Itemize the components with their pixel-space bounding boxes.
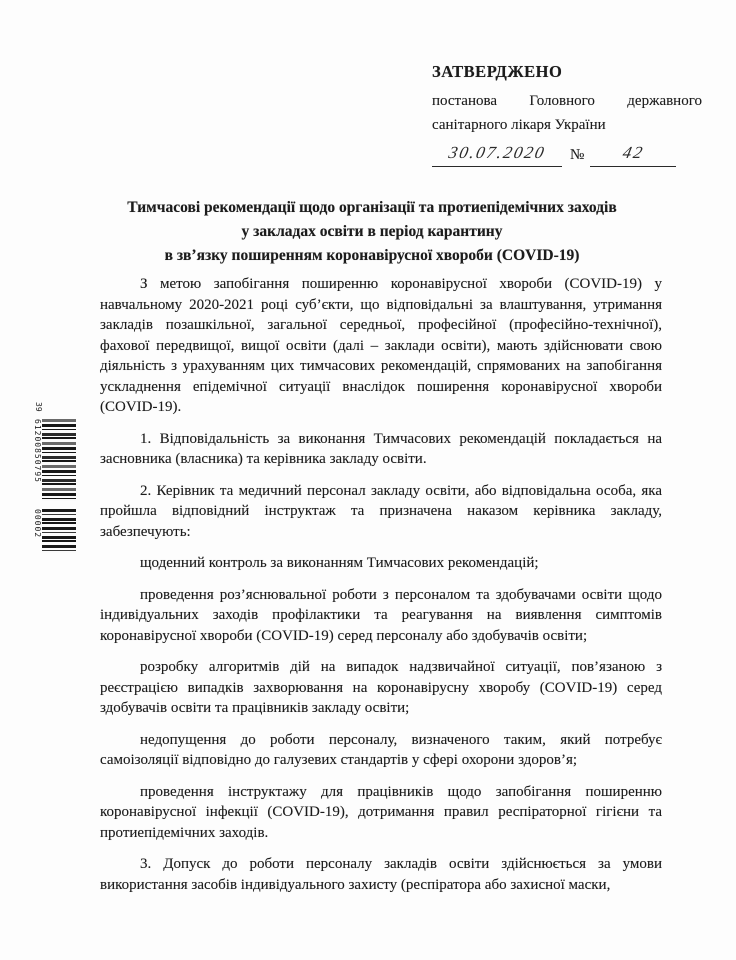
barcode-secondary-digits: 00002 xyxy=(33,509,42,553)
barcode-main-group: 61200850795 xyxy=(33,419,79,501)
paragraph-subitem-briefing: проведення інструктажу для працівників щ… xyxy=(100,782,662,844)
authority-line-1: постанова Головного державного xyxy=(432,89,702,113)
document-body: З метою запобігання поширенню коронавіру… xyxy=(100,274,662,906)
barcode-top-caption: 39 xyxy=(34,402,43,416)
handwritten-date-text: 30.07.2020 xyxy=(446,141,548,165)
handwritten-number-text: 42 xyxy=(620,141,646,165)
handwritten-date: 30.07.2020 xyxy=(432,141,562,167)
registration-barcode: 39 61200850795 00002 xyxy=(33,402,79,553)
date-and-number-line: 30.07.2020 № 42 xyxy=(432,141,702,167)
barcode-bars-icon xyxy=(42,419,76,501)
paragraph-subitem-outreach: проведення роз’яснювальної роботи з перс… xyxy=(100,585,662,647)
barcode-main-digits: 61200850795 xyxy=(33,419,42,501)
document-page: 39 61200850795 00002 ЗАТВЕРДЖЕНО постано… xyxy=(0,0,736,960)
paragraph-subitem-algorithms: розробку алгоритмів дій на випадок надзв… xyxy=(100,657,662,719)
paragraph-item-1: 1. Відповідальність за виконання Тимчасо… xyxy=(100,429,662,470)
approved-label: ЗАТВЕРДЖЕНО xyxy=(432,60,702,84)
approval-block: ЗАТВЕРДЖЕНО постанова Головного державно… xyxy=(432,60,702,167)
title-line-3: в зв’язку поширенням коронавірусної хвор… xyxy=(72,244,672,268)
paragraph-subitem-exclusion: недопущення до роботи персоналу, визначе… xyxy=(100,730,662,771)
paragraph-item-3: 3. Допуск до роботи персоналу закладів о… xyxy=(100,854,662,895)
barcode-bars-icon xyxy=(42,509,76,553)
number-sign: № xyxy=(570,143,584,167)
handwritten-number: 42 xyxy=(590,141,676,167)
title-line-1: Тимчасові рекомендації щодо організації … xyxy=(72,196,672,220)
paragraph-item-2: 2. Керівник та медичний персонал закладу… xyxy=(100,481,662,543)
authority-line-2: санітарного лікаря України xyxy=(432,113,702,137)
document-title: Тимчасові рекомендації щодо організації … xyxy=(72,196,672,268)
barcode-secondary-group: 00002 xyxy=(33,509,79,553)
paragraph-intro: З метою запобігання поширенню коронавіру… xyxy=(100,274,662,418)
paragraph-subitem-control: щоденний контроль за виконанням Тимчасов… xyxy=(100,553,662,574)
title-line-2: у закладах освіти в період карантину xyxy=(72,220,672,244)
